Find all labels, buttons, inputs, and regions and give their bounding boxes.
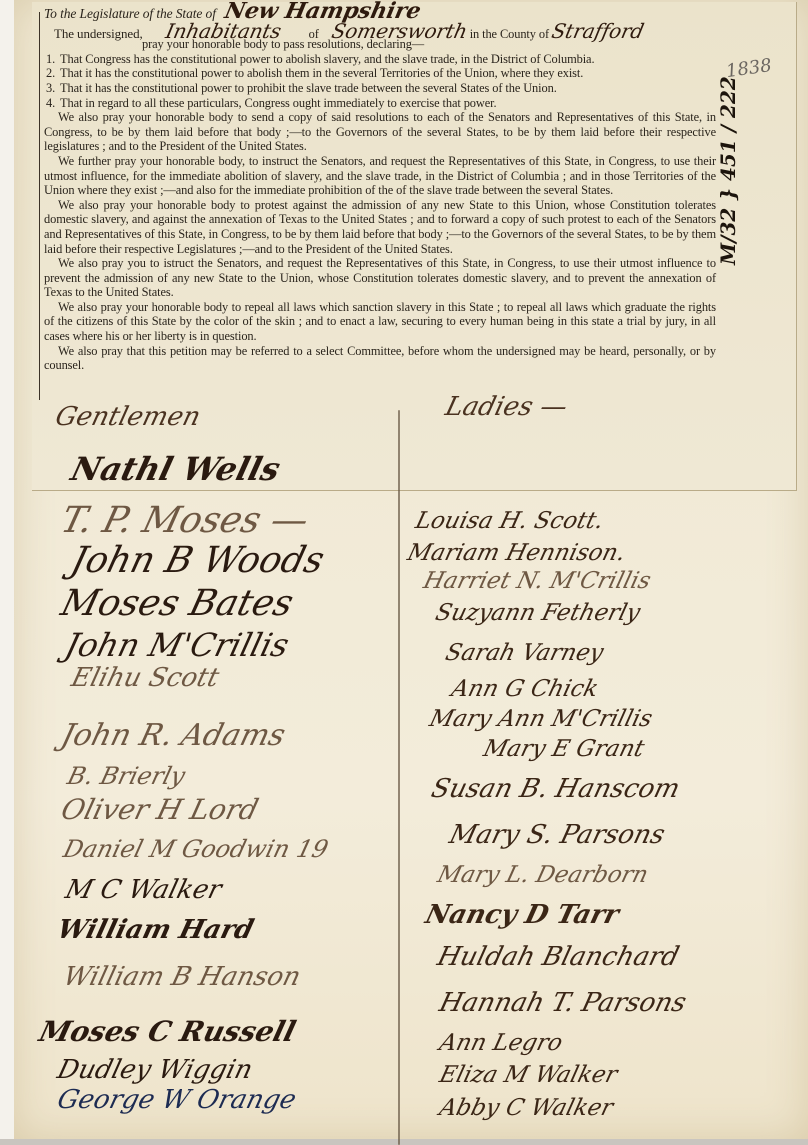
signature: John B Woods: [67, 540, 328, 581]
signature: Ann G Chick: [449, 676, 601, 702]
signature: John R. Adams: [58, 718, 289, 753]
signature: Nathl Wells: [67, 450, 284, 488]
signature: Mary Ann M'Crillis: [427, 706, 655, 732]
signature: Harriet N. M'Crillis: [421, 568, 654, 594]
resolution-item: 3.That it has the constitutional power t…: [44, 81, 716, 96]
resolution-item: 2.That it has the constitutional power t…: [44, 66, 716, 81]
county-prefix: in the County of: [470, 27, 549, 41]
signature: Elihu Scott: [68, 663, 222, 693]
signature: Hannah T. Parsons: [436, 988, 689, 1018]
signature: Moses Bates: [57, 583, 298, 624]
resolutions-list: 1.That Congress has the constitutional p…: [44, 52, 716, 110]
signature-column-divider: [398, 410, 400, 1145]
resolution-item: 4.That in regard to all these particular…: [44, 96, 716, 111]
paragraph-prevent-texas: We also pray you to istruct the Senators…: [44, 256, 716, 300]
signature: Mary L. Dearborn: [435, 862, 651, 888]
signature: Louisa H. Scott.: [413, 508, 607, 534]
paragraph-send-copy: We also pray your honorable body to send…: [44, 110, 716, 154]
state-handwritten: New Hampshire: [224, 4, 423, 19]
signature: George W Orange: [54, 1085, 299, 1115]
signature: Eliza M Walker: [437, 1062, 620, 1088]
signature: Oliver H Lord: [58, 793, 262, 826]
signature: Abby C Walker: [437, 1095, 616, 1121]
town-handwritten: Somersworth: [330, 24, 468, 39]
signature: B. Brierly: [65, 762, 189, 790]
signature: Moses C Russell: [36, 1015, 299, 1048]
resolution-item: 1.That Congress has the constitutional p…: [44, 52, 716, 67]
paragraph-protest-admission: We also pray your honorable body to prot…: [44, 198, 716, 256]
signature: John M'Crillis: [61, 626, 293, 664]
inhabitants-handwritten: Inhabitants: [164, 24, 297, 39]
paragraph-select-committee: We also pray that this petition may be r…: [44, 344, 716, 373]
signature: Susan B. Hanscom: [428, 774, 683, 804]
ladies-heading: Ladies —: [442, 392, 570, 422]
paragraph-instruct-senators: We further pray your honorable body, to …: [44, 154, 716, 198]
signature: William Hard: [54, 915, 256, 945]
signature: Dudley Wiggin: [54, 1055, 255, 1085]
signature: T. P. Moses —: [57, 500, 313, 541]
printed-text: To the Legislature of the State of New H…: [44, 4, 716, 373]
signature: Mary S. Parsons: [446, 820, 668, 850]
county-handwritten: Strafford: [550, 24, 645, 39]
signature: Suzyann Fetherly: [433, 600, 643, 626]
signature: Mariam Hennison.: [405, 540, 628, 566]
left-margin-rule: [39, 12, 40, 400]
paragraph-repeal-laws: We also pray your honorable body to repe…: [44, 300, 716, 344]
signature: Ann Legro: [437, 1030, 565, 1056]
scan-bottom-edge: [0, 1139, 808, 1145]
undersigned-prefix: The undersigned,: [54, 26, 143, 41]
signature: Mary E Grant: [481, 736, 647, 762]
signature: Huldah Blanchard: [434, 942, 682, 972]
gentlemen-heading: Gentlemen: [52, 402, 203, 432]
signature: M C Walker: [62, 875, 224, 905]
margin-reference-annotation: M/32 } 451 / 222: [716, 76, 740, 265]
signature: Nancy D Tarr: [422, 900, 622, 930]
signature: William B Hanson: [60, 962, 303, 992]
signature: Sarah Varney: [443, 640, 606, 666]
signature: Daniel M Goodwin 19: [61, 835, 332, 863]
